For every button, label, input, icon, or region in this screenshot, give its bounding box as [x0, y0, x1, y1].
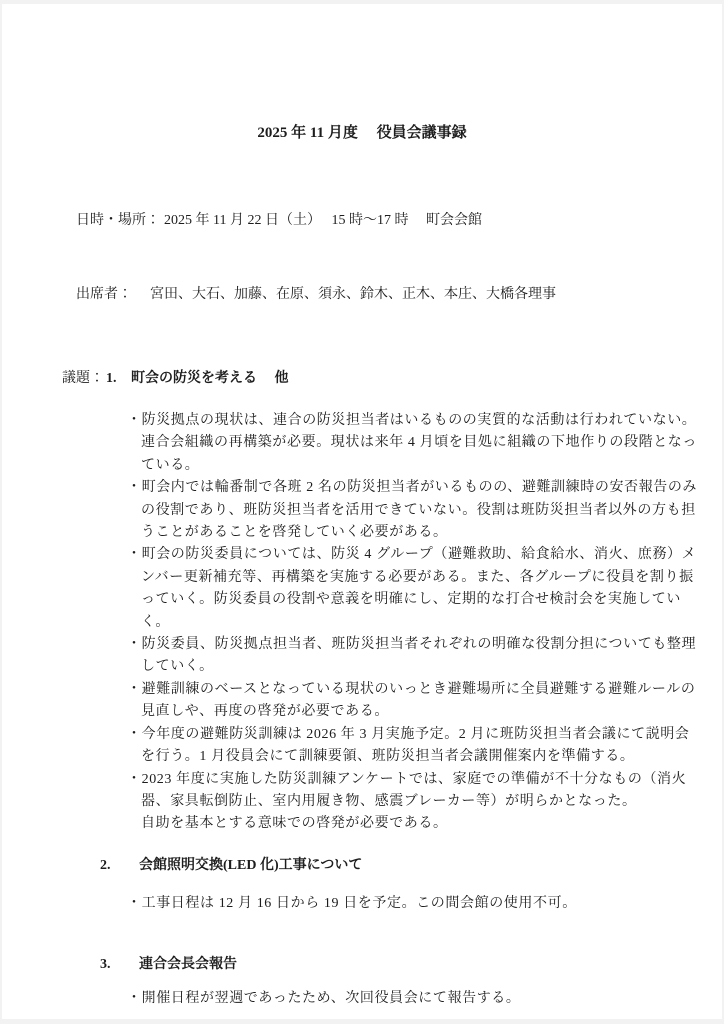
section-2-bullet-list: ・工事日程は 12 月 16 日から 19 日を予定。この間会館の使用不可。 [127, 893, 724, 915]
section-3-number: 3. [100, 955, 139, 975]
meta-datetime-row: 日時・場所：2025 年 11 月 22 日（土） 15 時～17 時 町会会館 [62, 191, 700, 251]
section-1-heading: 町会の防災を考える 他 [131, 369, 289, 389]
bullet-item: ・今年度の避難防災訓練は 2026 年 3 月実施予定。2 月に班防災担当者会議… [127, 724, 724, 769]
bullet-item: ・開催日程が翌週であったため、次回役員会にて報告する。 [127, 988, 724, 1010]
page-title: 2025 年 11 月度 役員会議事録 [62, 123, 662, 143]
section-2-heading-row: 2. 会館照明交換(LED 化)工事について [100, 856, 700, 876]
meta-datetime-value: 2025 年 11 月 22 日（土） 15 時～17 時 町会会館 [164, 213, 482, 228]
meta-attendees-value: 宮田、大石、加藤、在原、須永、鈴木、正木、本庄、大橋各理事 [150, 287, 556, 302]
section-3-bullet-list: ・開催日程が翌週であったため、次回役員会にて報告する。 [127, 988, 724, 1010]
bullet-item: ・町会内では輪番制で各班 2 名の防災担当者がいるものの、避難訓練時の安否報告の… [127, 477, 724, 544]
bullet-item: ・町会の防災委員については、防災 4 グループ（避難救助、給食給水、消火、庶務）… [127, 544, 724, 634]
section-1-number: 1. [106, 369, 131, 389]
meta-datetime-label: 日時・場所： [76, 211, 160, 231]
section-1-bullet-list: ・防災拠点の現状は、連合の防災担当者はいるものの実質的な活動は行われていない。 … [127, 410, 724, 836]
bullet-item: ・工事日程は 12 月 16 日から 19 日を予定。この間会館の使用不可。 [127, 893, 724, 915]
section-3-heading-row: 3. 連合会長会報告 [100, 955, 700, 975]
agenda-heading-row: 議題： 1. 町会の防災を考える 他 [62, 369, 700, 389]
section-2-number: 2. [100, 856, 139, 876]
meta-attendees-label: 出席者： [76, 285, 132, 305]
section-2-heading: 会館照明交換(LED 化)工事について [139, 856, 362, 876]
document-page: 2025 年 11 月度 役員会議事録 日時・場所：2025 年 11 月 22… [0, 0, 724, 1024]
meta-attendees-row: 出席者：宮田、大石、加藤、在原、須永、鈴木、正木、本庄、大橋各理事 [62, 265, 700, 325]
agenda-label: 議題： [62, 369, 104, 389]
section-3-heading: 連合会長会報告 [139, 955, 237, 975]
bullet-item: ・避難訓練のベースとなっている現状のいっとき避難場所に全員避難する避難ルールの … [127, 679, 724, 724]
bullet-item: ・2023 年度に実施した防災訓練アンケートでは、家庭での準備が不十分なもの（消… [127, 769, 724, 836]
bullet-item: ・防災拠点の現状は、連合の防災担当者はいるものの実質的な活動は行われていない。 … [127, 410, 724, 477]
bullet-item: ・防災委員、防災拠点担当者、班防災担当者それぞれの明確な役割分担についても整理 … [127, 634, 724, 679]
